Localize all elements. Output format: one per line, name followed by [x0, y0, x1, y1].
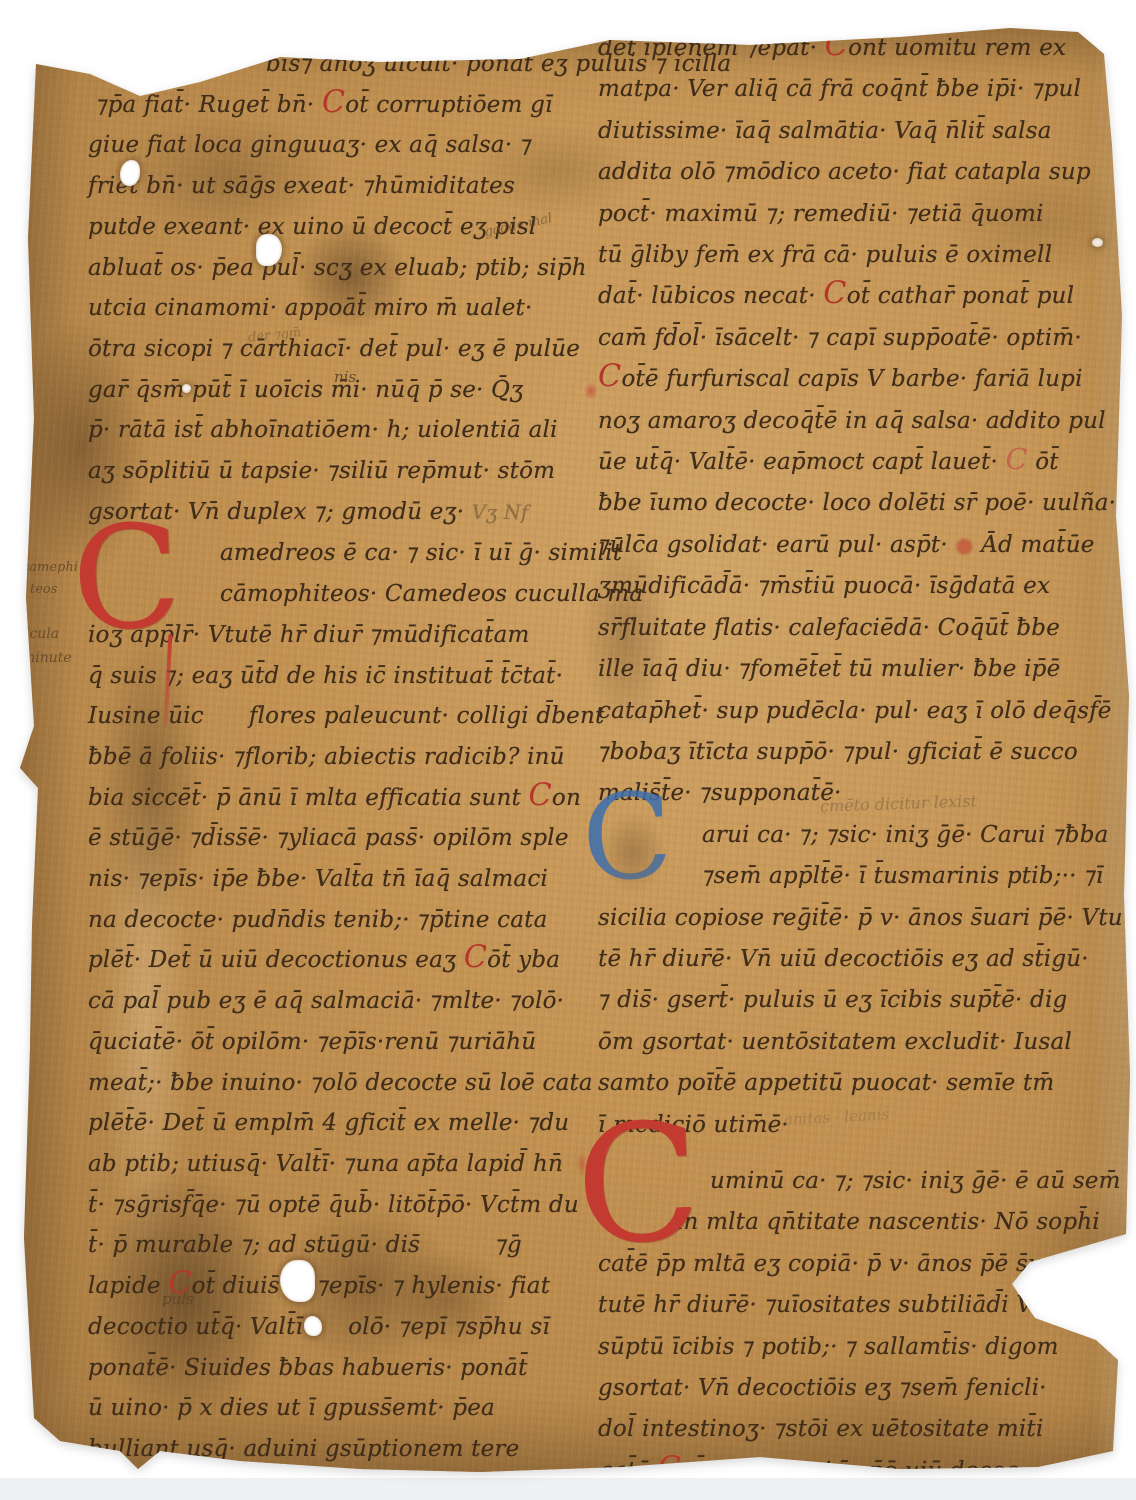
text-segment: cā pal̄ pub eʒ ē aq̄ salmaciā· ⁊mlte· ⁊o…	[88, 988, 564, 1014]
parchment-leaf: bis⁊ anoʒ uicuit· ponat eʒ puluis ⁊ icil…	[16, 26, 1130, 1472]
text-segment: utcia cinamomi· appoāt̄ miro m̄ ualet·	[88, 295, 532, 321]
text-segment: amedreos ē ca· ⁊ sic· ī uī ḡ· similit̄	[220, 540, 622, 566]
text-segment: ⁊sem̄ app̄lt̄ē· ī t̄usmarinis ptib;·· ⁊ī	[702, 863, 1103, 889]
worm-hole	[1092, 238, 1103, 247]
text-segment: ūe ut̄q̄· Valt̄ē· eap̄moct capt̄ lauet̄·	[598, 449, 1006, 475]
text-segment: C	[598, 359, 621, 394]
text-segment: C	[322, 85, 345, 120]
text-line: ⁊p̄a fiat̄· Ruget̄ bn̄· Cot̄ corruptiōem…	[88, 85, 600, 126]
text-line: utcia cinamomi· appoāt̄ miro m̄ ualet·	[88, 288, 600, 329]
text-segment: ille īaq̄ diu· ⁊fomēt̄et̄ tū mulier· ƀbe…	[598, 656, 1060, 682]
text-line: ⁊bobaʒ ītīcta supp̄ō· ⁊pul· gficiat̄ ē s…	[598, 732, 1128, 773]
text-segment: aʒ sōplitiū ū tapsie· ⁊siliū rep̄mut· st…	[88, 458, 555, 484]
text-segment: C	[464, 940, 487, 975]
photo-backdrop-strip	[0, 1478, 1136, 1500]
text-line: cā pal̄ pub eʒ ē aq̄ salmaciā· ⁊mlte· ⁊o…	[88, 981, 600, 1022]
text-segment: gsortat· Vn̄ decoctiōis eʒ ⁊sem̄ fenicli…	[598, 1375, 1047, 1401]
text-segment: dat̄· lūbicos necat·	[598, 283, 823, 309]
text-line: ƀbe īumo decocte· loco dolēti sr̄ poē· u…	[598, 483, 1128, 524]
text-line: friet̄ bn̄· ut sāḡs exeat· ⁊hūmiditates	[88, 166, 600, 207]
text-segment: nis· ⁊epīs· ip̄e ƀbe· Valt̄a tn̄ īaq̄ sa…	[88, 866, 548, 892]
text-segment: ƀbe īumo decocte· loco dolēti sr̄ poē· u…	[598, 490, 1116, 516]
text-segment: giue fiat loca ginguuaʒ· ex aq̄ salsa· ⁊	[88, 132, 532, 158]
text-segment: q̄ suis ⁊; eaʒ ūt̄d de his ic̄ instituat…	[88, 663, 563, 689]
text-column-left: bis⁊ anoʒ uicuit· ponat eʒ puluis ⁊ icil…	[88, 44, 600, 1470]
text-line: t̄· ⁊sḡrisf̄q̄e· ⁊ū optē q̄ub̄· litōt̄p̄…	[88, 1185, 600, 1226]
text-line: addita olō ⁊mōdico aceto· fiat catapla s…	[598, 152, 1128, 193]
text-segment: addita olō ⁊mōdico aceto· fiat catapla s…	[598, 159, 1091, 185]
text-segment: C	[1006, 442, 1028, 476]
text-line: det iplenem ⁊epat̄· Cont uomitu rem ex	[598, 28, 1128, 69]
text-line: tū ḡliby fem̄ ex frā cā· puluis ē oximel…	[598, 235, 1128, 276]
manuscript-photo: bis⁊ anoʒ uicuit· ponat eʒ puluis ⁊ icil…	[0, 0, 1136, 1500]
text-segment: ōtra sicopi ⁊ cārthiacī· det̄ pul· eʒ ē …	[88, 336, 580, 362]
text-line: catap̄het̄· sup pudēcla· pul· eaʒ ī olō …	[598, 691, 1128, 732]
text-line: gsortat· Vn̄ decoctiōis eʒ ⁊sem̄ fenicli…	[598, 1368, 1128, 1409]
text-segment: bulliant usq̄· aduini gsūptionem tere	[88, 1436, 519, 1462]
text-segment: q̄uciat̄ē· ōt̄ opilōm· ⁊ep̄īs·renū ⁊uriā…	[88, 1029, 536, 1055]
text-segment: ē stūḡē· ⁊d̄iss̄ē· ⁊yliacā pass̄· opilōm…	[88, 825, 569, 851]
text-line: ūe ut̄q̄· Valt̄ē· eap̄moct capt̄ lauet̄·…	[598, 442, 1128, 483]
text-segment: p̄· rātā ist̄ abhoīnatiōem· h; uiolentiā…	[88, 417, 558, 443]
text-segment: ōt̄ yba	[487, 947, 560, 973]
text-line: matpa· Ver aliq̄ cā frā coq̄nt̄ ƀbe ip̄i…	[598, 69, 1128, 110]
text-line: arui ca· ⁊; ⁊sic· iniʒ ḡē· Carui ⁊ƀba	[598, 815, 1128, 856]
text-segment: sicilia copiose reḡit̄ē· p̄ v· ānos s̄ua…	[598, 905, 1123, 931]
text-line: ponat̄ē· Siuides ƀbas habueris· ponāt̄	[88, 1348, 600, 1389]
text-line: ⁊sem̄ app̄lt̄ē· ī t̄usmarinis ptib;·· ⁊ī	[598, 856, 1128, 897]
text-segment: ⁊bobaʒ ītīcta supp̄ō· ⁊pul· gficiat̄ ē s…	[598, 739, 1078, 765]
text-segment: putde exeant· ex uino ū decoct̄ eʒ pisl	[88, 214, 536, 240]
text-segment: ōt̄	[1028, 449, 1059, 475]
text-segment: abluat̄ os· p̄ea pul̄· scʒ ex eluab; pti…	[88, 255, 587, 281]
text-segment: sūptū īcibis ⁊ potib;· ⁊ sallamt̄is· dig…	[598, 1334, 1059, 1360]
text-segment: cam̄ fd̄ol̄· īsācelt· ⁊ capī supp̄oat̄ē·…	[598, 325, 1082, 351]
worm-hole	[182, 384, 191, 393]
text-line: plēt̄ē· Det̄ ū emplm̄ 4 gficit̄ ex melle…	[88, 1103, 600, 1144]
text-segment: plēt̄· Det̄ ū uiū decoctionus eaʒ	[88, 947, 464, 973]
text-line: sr̄fluitate flatis· calefaciēdā· Coq̄ūt̄…	[598, 608, 1128, 649]
text-line: aʒ sōplitiū ū tapsie· ⁊siliū rep̄mut· st…	[88, 451, 600, 492]
text-segment: Ād mat̄ūe	[974, 532, 1095, 558]
text-segment: ⁊p̄a fiat̄· Ruget̄ bn̄·	[96, 92, 322, 118]
text-segment: ot̄ corruptiōem gī	[345, 92, 552, 118]
text-line: abluat̄ os· p̄ea pul̄· scʒ ex eluab; pti…	[88, 248, 600, 289]
text-line: ƀbē ā foliis· ⁊florib; abiectis radicib?…	[88, 737, 600, 778]
text-segment: ōm gsortat· uentōsitatem excludit· Iusal	[598, 1029, 1072, 1055]
text-line: tutē hr̄ diur̄ē· ⁊uīositates subtiliād̄i…	[598, 1285, 1128, 1326]
interlinear-note-puls: puls	[162, 1290, 194, 1308]
text-segment: cāmophiteos· Camedeos cuculla ma	[220, 581, 643, 607]
text-line: ē stūḡē· ⁊d̄iss̄ē· ⁊yliacā pass̄· opilōm…	[88, 818, 600, 859]
text-line: ōm gsortat· uentōsitatem excludit· Iusal	[598, 1022, 1128, 1063]
text-segment: ponat̄ē· Siuides ƀbas habueris· ponāt̄	[88, 1355, 528, 1381]
text-segment: ⁊ulc̄a gsolidat· earū pul· asp̄t·	[598, 532, 955, 558]
interlinear-note-nis: nis	[334, 368, 356, 386]
text-segment: bia siccēt̄· p̄ ānū ī mlta efficatia sun…	[88, 785, 528, 811]
red-initial-cuminum: C	[573, 1102, 703, 1268]
text-segment: diutissime· īaq̄ salmātia· Vaq̄ n̄lit̄ s…	[598, 118, 1052, 144]
text-segment: ⁊ dis̄· gsert̄· puluis ū eʒ īcibis sup̄t…	[598, 987, 1067, 1013]
text-line: bulliant usq̄· aduini gsūptionem tere	[88, 1429, 600, 1470]
parchment-wrap: bis⁊ anoʒ uicuit· ponat eʒ puluis ⁊ icil…	[16, 26, 1130, 1472]
red-initial-camedreos: C	[70, 506, 184, 652]
text-line: ⁊ dis̄· gsert̄· puluis ū eʒ īcibis sup̄t…	[598, 980, 1128, 1021]
text-segment: dol̄ intestinoʒ· ⁊stōi ex uētositate mit…	[598, 1416, 1043, 1442]
text-line: bia siccēt̄· p̄ ānū ī mlta efficatia sun…	[88, 778, 600, 819]
worm-hole	[280, 1260, 315, 1302]
text-segment: lapide	[88, 1273, 168, 1299]
margin-note-minute: minute	[22, 650, 72, 666]
text-line: Cot̄ē furfuriscal capīs V barbe· fariā l…	[598, 359, 1128, 400]
text-segment: poct̄· maximū ⁊; remediū· ⁊etiā q̄uomi	[598, 201, 1044, 227]
text-line: sicilia copiose reḡit̄ē· p̄ v· ānos s̄ua…	[598, 898, 1128, 939]
text-segment: noʒ amaroʒ decoq̄t̄ē in aq̄ salsa· addit…	[598, 408, 1106, 434]
text-segment: ƀbē ā foliis· ⁊florib; abiectis radicib?…	[88, 744, 565, 770]
text-line: dol̄ intestinoʒ· ⁊stōi ex uētositate mit…	[598, 1409, 1128, 1450]
blue-initial-carui: C	[580, 776, 674, 897]
text-segment: friet̄ bn̄· ut sāḡs exeat· ⁊hūmiditates	[88, 173, 515, 199]
margin-note-dicula: dicula	[16, 626, 59, 642]
text-line: diutissime· īaq̄ salmātia· Vaq̄ n̄lit̄ s…	[598, 111, 1128, 152]
text-line: noʒ amaroʒ decoq̄t̄ē in aq̄ salsa· addit…	[598, 401, 1128, 442]
text-segment: Vʒ Nf	[472, 501, 529, 524]
text-line: t̄· p̄ murable ⁊; ad stūgū· dis̄ ⁊ḡ	[88, 1225, 600, 1266]
text-line: ʒmūdificād̄ā· ⁊m̄st̄iū puocā· īsḡdatā ex	[598, 566, 1128, 607]
text-line: decoctio ut̄q̄· Valt̄ī· olō· ⁊epī ⁊sp̄hu…	[88, 1307, 600, 1348]
text-segment: C	[825, 28, 848, 63]
text-line: p̄· rātā ist̄ abhoīnatiōem· h; uiolentiā…	[88, 410, 600, 451]
text-segment: uminū ca· ⁊; ⁊sic· iniʒ ḡē· ē aū sem̄	[710, 1168, 1121, 1194]
text-line: ōtra sicopi ⁊ cārthiacī· det̄ pul· eʒ ē …	[88, 329, 600, 370]
text-line: poct̄· maximū ⁊; remediū· ⁊etiā q̄uomi	[598, 194, 1128, 235]
text-segment: tū ḡliby fem̄ ex frā cā· puluis ē oximel…	[598, 242, 1052, 268]
text-line: bis⁊ anoʒ uicuit· ponat eʒ puluis ⁊ icil…	[88, 44, 600, 85]
text-line: meat̄;· ƀbe inuino· ⁊olō decocte sū loē …	[88, 1063, 600, 1104]
text-segment: ū uino· p̄ x dies ut ī gpuss̄emt· p̄ea	[88, 1395, 495, 1421]
text-line: nis· ⁊epīs· ip̄e ƀbe· Valt̄a tn̄ īaq̄ sa…	[88, 859, 600, 900]
text-line: ille īaq̄ diu· ⁊fomēt̄et̄ tū mulier· ƀbe…	[598, 649, 1128, 690]
text-segment: sr̄fluitate flatis· calefaciēdā· Coq̄ūt̄…	[598, 615, 1060, 641]
worm-hole	[304, 1316, 322, 1336]
text-segment: tē hr̄ diur̄ē· Vn̄ uiū decoctiōis eʒ ad …	[598, 946, 1089, 972]
text-segment: catap̄het̄· sup pudēcla· pul· eaʒ ī olō …	[598, 698, 1112, 724]
text-segment: arui ca· ⁊; ⁊sic· iniʒ ḡē· Carui ⁊ƀba	[702, 822, 1109, 848]
text-line: cam̄ fd̄ol̄· īsācelt· ⁊ capī supp̄oat̄ē·…	[598, 318, 1128, 359]
text-segment: na decocte· pudn̄dis tenib;· ⁊p̄tine cat…	[88, 907, 547, 933]
text-line: ab ptib; utiusq̄· Valt̄ī· ⁊una ap̄ta lap…	[88, 1144, 600, 1185]
text-segment: matpa· Ver aliq̄ cā frā coq̄nt̄ ƀbe ip̄i…	[598, 76, 1081, 102]
text-segment: on	[552, 785, 581, 811]
text-line: ū uino· p̄ x dies ut ī gpuss̄emt· p̄ea	[88, 1388, 600, 1429]
text-line: na decocte· pudn̄dis tenib;· ⁊p̄tine cat…	[88, 900, 600, 941]
text-segment: in mlta qn̄titate nascentis· Nō soph̄i	[676, 1209, 1100, 1235]
margin-note-camephiteos-2: teos	[30, 582, 57, 597]
text-line: giue fiat loca ginguuaʒ· ex aq̄ salsa· ⁊	[88, 125, 600, 166]
text-segment: det iplenem ⁊epat̄·	[598, 35, 825, 61]
text-line: ⁊ulc̄a gsolidat· earū pul· asp̄t· ● Ād m…	[598, 525, 1128, 566]
margin-note-camephiteos-1: camephi	[22, 560, 78, 575]
text-line: dat̄· lūbicos necat· Cot̄ cathar̄ ponat̄…	[598, 276, 1128, 317]
text-segment: ont uomitu rem ex	[848, 35, 1066, 61]
text-segment: ot̄ diuis̄ ⁊epīs· ⁊ hylenis· fiat	[192, 1273, 551, 1299]
text-line: plēt̄· Det̄ ū uiū decoctionus eaʒ Cōt̄ y…	[88, 940, 600, 981]
text-segment: tutē hr̄ diur̄ē· ⁊uīositates subtiliād̄i…	[598, 1292, 1033, 1318]
text-segment: t̄· p̄ murable ⁊; ad stūgū· dis̄ ⁊ḡ	[88, 1232, 522, 1258]
text-segment: t̄· ⁊sḡrisf̄q̄e· ⁊ū optē q̄ub̄· litōt̄p̄…	[88, 1192, 579, 1218]
text-line: tē hr̄ diur̄ē· Vn̄ uiū decoctiōis eʒ ad …	[598, 939, 1128, 980]
text-segment: meat̄;· ƀbe inuino· ⁊olō decocte sū loē …	[88, 1070, 593, 1096]
text-line: q̄uciat̄ē· ōt̄ opilōm· ⁊ep̄īs·renū ⁊uriā…	[88, 1022, 600, 1063]
text-segment: ab ptib; utiusq̄· Valt̄ī· ⁊una ap̄ta lap…	[88, 1151, 563, 1177]
text-segment: gar̄ q̄sm̄ pūt̄ ī uoīcis m̄i· nūq̄ p̄ se…	[88, 377, 523, 403]
text-segment: plēt̄ē· Det̄ ū emplm̄ 4 gficit̄ ex melle…	[88, 1110, 569, 1136]
text-segment: ʒmūdificād̄ā· ⁊m̄st̄iū puocā· īsḡdatā ex	[598, 573, 1050, 599]
text-segment: ●	[955, 533, 973, 557]
text-line: sūptū īcibis ⁊ potib;· ⁊ sallamt̄is· dig…	[598, 1327, 1128, 1368]
text-segment: ot̄ē furfuriscal capīs V barbe· fariā lu…	[621, 366, 1082, 392]
text-segment: C	[823, 276, 846, 311]
text-segment: ot̄ cathar̄ ponat̄ pul	[847, 283, 1074, 309]
text-segment: C	[528, 778, 551, 813]
